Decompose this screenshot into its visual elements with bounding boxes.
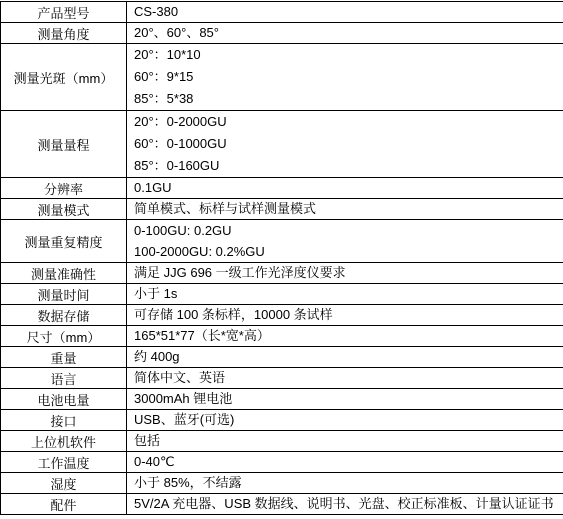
spec-value-line: 5V/2A 充电器、USB 数据线、说明书、光盘、校正标准板、计量认证证书 — [127, 494, 563, 514]
spec-value-line: 0-100GU: 0.2GU — [127, 220, 563, 241]
spec-value-line: 满足 JJG 696 一级工作光泽度仪要求 — [127, 263, 563, 283]
spec-value-line: 0-40℃ — [127, 452, 563, 472]
spec-value-cell: 20°：10*1060°：9*1585°：5*38 — [127, 44, 563, 111]
spec-row: 测量量程20°：0-2000GU60°：0-1000GU85°：0-160GU — [1, 111, 563, 178]
spec-value-line: 简单模式、标样与试样测量模式 — [127, 199, 563, 219]
spec-label-cell: 分辨率 — [1, 178, 127, 199]
spec-value-cell: 满足 JJG 696 一级工作光泽度仪要求 — [127, 263, 563, 284]
spec-row: 测量模式简单模式、标样与试样测量模式 — [1, 199, 563, 220]
spec-label-cell: 产品型号 — [1, 2, 127, 23]
spec-label-cell: 尺寸（mm） — [1, 326, 127, 347]
spec-value-line: 3000mAh 锂电池 — [127, 389, 563, 409]
spec-row: 分辨率0.1GU — [1, 178, 563, 199]
spec-value-cell: 0-100GU: 0.2GU100-2000GU: 0.2%GU — [127, 220, 563, 263]
spec-row: 上位机软件包括 — [1, 431, 563, 452]
spec-label-cell: 语言 — [1, 368, 127, 389]
spec-value-cell: 0-40℃ — [127, 452, 563, 473]
spec-value-cell: 简单模式、标样与试样测量模式 — [127, 199, 563, 220]
spec-row: 语言简体中文、英语 — [1, 368, 563, 389]
spec-value-cell: 简体中文、英语 — [127, 368, 563, 389]
spec-label-cell: 湿度 — [1, 473, 127, 494]
spec-value-cell: 5V/2A 充电器、USB 数据线、说明书、光盘、校正标准板、计量认证证书 — [127, 494, 563, 515]
spec-value-line: 165*51*77（长*宽*高） — [127, 326, 563, 346]
spec-row: 数据存储可存储 100 条标样，10000 条试样 — [1, 305, 563, 326]
spec-label-cell: 测量角度 — [1, 23, 127, 44]
spec-value-cell: 20°：0-2000GU60°：0-1000GU85°：0-160GU — [127, 111, 563, 178]
spec-value-line: 20°、60°、85° — [127, 23, 563, 43]
spec-row: 测量重复精度0-100GU: 0.2GU100-2000GU: 0.2%GU — [1, 220, 563, 263]
spec-value-cell: CS-380 — [127, 2, 563, 23]
spec-value-line: 小于 85%，不结露 — [127, 473, 563, 493]
spec-value-cell: 3000mAh 锂电池 — [127, 389, 563, 410]
spec-label-cell: 电池电量 — [1, 389, 127, 410]
spec-row: 配件5V/2A 充电器、USB 数据线、说明书、光盘、校正标准板、计量认证证书 — [1, 494, 563, 515]
spec-value-cell: 约 400g — [127, 347, 563, 368]
spec-label-cell: 数据存储 — [1, 305, 127, 326]
spec-row: 接口USB、蓝牙(可选) — [1, 410, 563, 431]
spec-row: 湿度小于 85%，不结露 — [1, 473, 563, 494]
spec-row: 测量时间小于 1s — [1, 284, 563, 305]
spec-value-line: 20°：0-2000GU — [127, 111, 563, 133]
spec-value-line: CS-380 — [127, 2, 563, 22]
spec-value-cell: 小于 1s — [127, 284, 563, 305]
spec-value-cell: 小于 85%，不结露 — [127, 473, 563, 494]
spec-label-cell: 测量准确性 — [1, 263, 127, 284]
spec-value-line: 可存储 100 条标样，10000 条试样 — [127, 305, 563, 325]
spec-label-cell: 配件 — [1, 494, 127, 515]
spec-label-cell: 测量模式 — [1, 199, 127, 220]
spec-value-line: 85°：0-160GU — [127, 155, 563, 177]
spec-value-line: 简体中文、英语 — [127, 368, 563, 388]
spec-label-cell: 测量光斑（mm） — [1, 44, 127, 111]
spec-label-cell: 接口 — [1, 410, 127, 431]
spec-value-cell: 0.1GU — [127, 178, 563, 199]
spec-row: 尺寸（mm）165*51*77（长*宽*高） — [1, 326, 563, 347]
spec-value-line: 85°：5*38 — [127, 88, 563, 110]
spec-label-cell: 重量 — [1, 347, 127, 368]
spec-table: 产品型号CS-380测量角度20°、60°、85°测量光斑（mm）20°：10*… — [0, 1, 563, 515]
spec-value-line: 0.1GU — [127, 178, 563, 198]
spec-value-line: 60°：0-1000GU — [127, 133, 563, 155]
spec-label-cell: 测量量程 — [1, 111, 127, 178]
spec-label-cell: 工作温度 — [1, 452, 127, 473]
spec-value-line: 60°：9*15 — [127, 66, 563, 88]
spec-row: 测量准确性满足 JJG 696 一级工作光泽度仪要求 — [1, 263, 563, 284]
spec-label-cell: 测量重复精度 — [1, 220, 127, 263]
spec-table-body: 产品型号CS-380测量角度20°、60°、85°测量光斑（mm）20°：10*… — [1, 2, 563, 515]
spec-value-line: 小于 1s — [127, 284, 563, 304]
spec-label-cell: 上位机软件 — [1, 431, 127, 452]
spec-sheet-page: 产品型号CS-380测量角度20°、60°、85°测量光斑（mm）20°：10*… — [0, 0, 563, 519]
spec-value-line: 100-2000GU: 0.2%GU — [127, 241, 563, 262]
spec-value-cell: 20°、60°、85° — [127, 23, 563, 44]
spec-row: 工作温度0-40℃ — [1, 452, 563, 473]
spec-row: 产品型号CS-380 — [1, 2, 563, 23]
spec-row: 重量约 400g — [1, 347, 563, 368]
spec-value-line: 约 400g — [127, 347, 563, 367]
spec-row: 测量光斑（mm）20°：10*1060°：9*1585°：5*38 — [1, 44, 563, 111]
spec-label-cell: 测量时间 — [1, 284, 127, 305]
spec-value-cell: 包括 — [127, 431, 563, 452]
spec-row: 测量角度20°、60°、85° — [1, 23, 563, 44]
spec-value-line: 包括 — [127, 431, 563, 451]
spec-row: 电池电量3000mAh 锂电池 — [1, 389, 563, 410]
spec-value-cell: 可存储 100 条标样，10000 条试样 — [127, 305, 563, 326]
spec-value-cell: USB、蓝牙(可选) — [127, 410, 563, 431]
spec-value-line: 20°：10*10 — [127, 44, 563, 66]
spec-value-line: USB、蓝牙(可选) — [127, 410, 563, 430]
spec-value-cell: 165*51*77（长*宽*高） — [127, 326, 563, 347]
